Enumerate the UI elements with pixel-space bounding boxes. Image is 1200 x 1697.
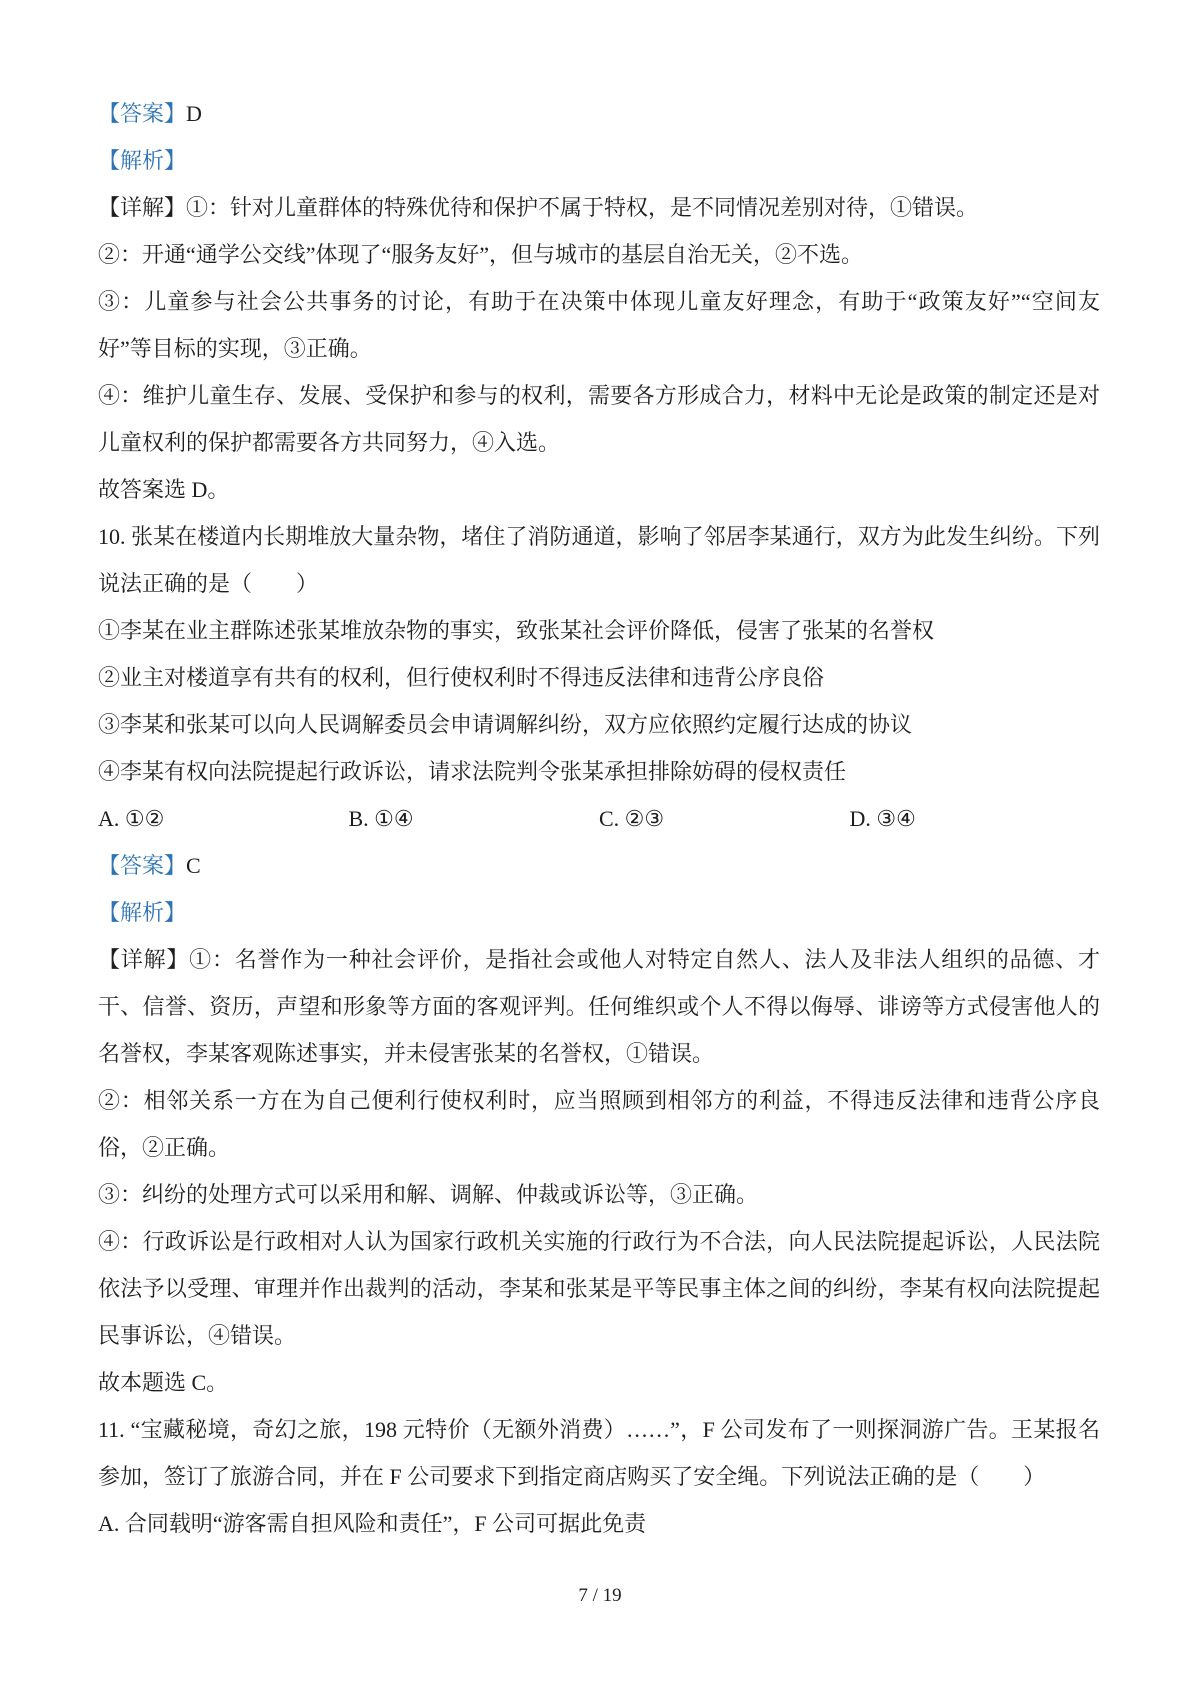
option-b: B. ①④ xyxy=(349,795,600,842)
document-page: 【答案】D 【解析】 【详解】①：针对儿童群体的特殊优待和保护不属于特权，是不同… xyxy=(0,0,1200,1697)
detail-conclusion: 故答案选 D。 xyxy=(98,466,1100,513)
answer-value: D xyxy=(186,101,202,126)
option-a: A. ①② xyxy=(98,795,349,842)
option-c: C. ②③ xyxy=(599,795,850,842)
question-11-option-a: A. 合同载明“游客需自担风险和责任”，F 公司可据此免责 xyxy=(98,1500,1100,1547)
detail-paragraph: ④：行政诉讼是行政相对人认为国家行政机关实施的行政行为不合法，向人民法院提起诉讼… xyxy=(98,1218,1100,1359)
detail-paragraph: ③：纠纷的处理方式可以采用和解、调解、仲裁或诉讼等，③正确。 xyxy=(98,1171,1100,1218)
question-10-statement: ①李某在业主群陈述张某堆放杂物的事实，致张某社会评价降低，侵害了张某的名誉权 xyxy=(98,607,1100,654)
question-11-stem: 11. “宝藏秘境，奇幻之旅，198 元特价（无额外消费）……”，F 公司发布了… xyxy=(98,1406,1100,1500)
question-10-statement: ③李某和张某可以向人民调解委员会申请调解纠纷，双方应依照约定履行达成的协议 xyxy=(98,701,1100,748)
answer-label: 【答案】 xyxy=(98,853,186,878)
analysis-label-q10: 【解析】 xyxy=(98,889,1100,936)
detail-paragraph: ②：相邻关系一方在为自己便利行使权利时，应当照顾到相邻方的利益，不得违反法律和违… xyxy=(98,1077,1100,1171)
detail-conclusion: 故本题选 C。 xyxy=(98,1359,1100,1406)
question-10-statement: ②业主对楼道享有共有的权利，但行使权利时不得违反法律和违背公序良俗 xyxy=(98,654,1100,701)
answer-value: C xyxy=(186,853,201,878)
detail-paragraph: ③：儿童参与社会公共事务的讨论，有助于在决策中体现儿童友好理念，有助于“政策友好… xyxy=(98,278,1100,372)
question-10-stem: 10. 张某在楼道内长期堆放大量杂物，堵住了消防通道，影响了邻居李某通行，双方为… xyxy=(98,513,1100,607)
analysis-label-q9: 【解析】 xyxy=(98,137,1100,184)
question-10-statement: ④李某有权向法院提起行政诉讼，请求法院判令张某承担排除妨碍的侵权责任 xyxy=(98,748,1100,795)
detail-paragraph: ②：开通“通学公交线”体现了“服务友好”，但与城市的基层自治无关，②不选。 xyxy=(98,231,1100,278)
page-content: 【答案】D 【解析】 【详解】①：针对儿童群体的特殊优待和保护不属于特权，是不同… xyxy=(98,90,1100,1547)
answer-line-q9: 【答案】D xyxy=(98,90,1100,137)
answer-label: 【答案】 xyxy=(98,101,186,126)
detail-paragraph: 【详解】①：针对儿童群体的特殊优待和保护不属于特权，是不同情况差别对待，①错误。 xyxy=(98,184,1100,231)
answer-line-q10: 【答案】C xyxy=(98,842,1100,889)
page-number: 7 / 19 xyxy=(0,1572,1200,1619)
question-10-options-row: A. ①② B. ①④ C. ②③ D. ③④ xyxy=(98,795,1100,842)
detail-paragraph: ④：维护儿童生存、发展、受保护和参与的权利，需要各方形成合力，材料中无论是政策的… xyxy=(98,372,1100,466)
option-d: D. ③④ xyxy=(850,795,1101,842)
detail-paragraph: 【详解】①：名誉作为一种社会评价，是指社会或他人对特定自然人、法人及非法人组织的… xyxy=(98,936,1100,1077)
